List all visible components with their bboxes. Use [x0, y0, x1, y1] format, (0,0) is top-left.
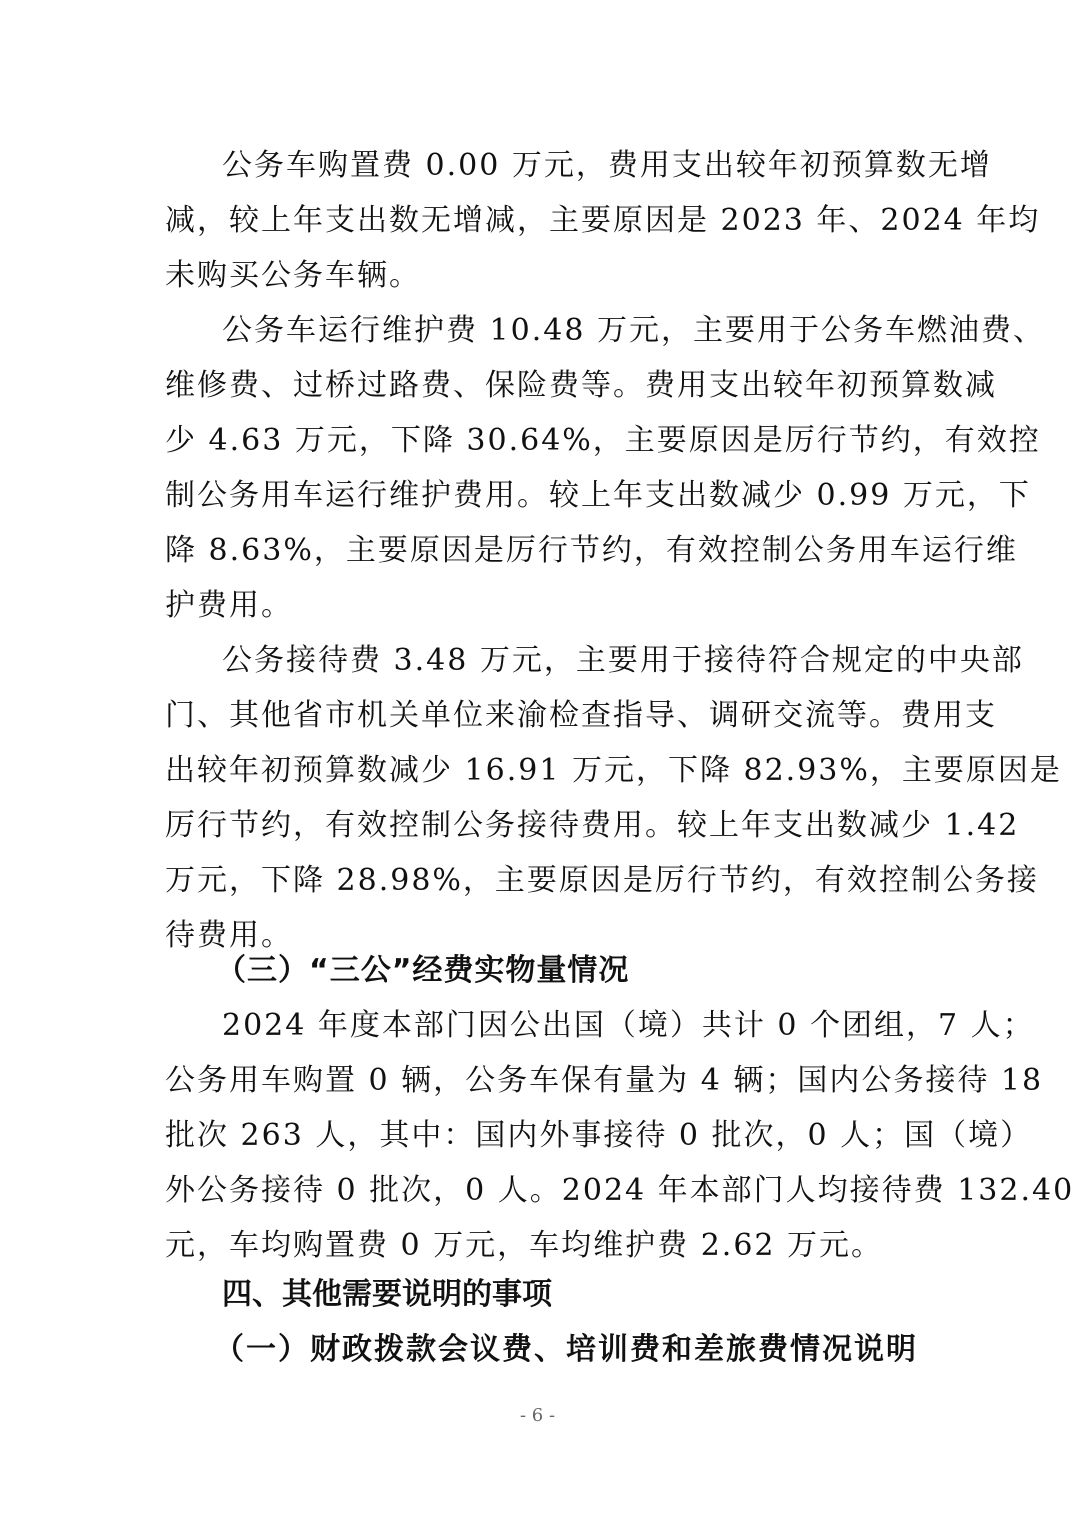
paragraph-line: 待费用。 — [165, 916, 913, 956]
paragraph-line: 维修费、过桥过路费、保险费等。费用支出较年初预算数减 — [165, 366, 913, 406]
paragraph-line: 万元，下降 28.98%，主要原因是厉行节约，有效控制公务接 — [165, 861, 913, 901]
subsection-heading: （三）“三公”经费实物量情况 — [216, 951, 629, 991]
paragraph-line: 减，较上年支出数无增减，主要原因是 2023 年、2024 年均 — [165, 201, 913, 241]
paragraph-line: 门、其他省市机关单位来渝检查指导、调研交流等。费用支 — [165, 696, 913, 736]
paragraph-line: 护费用。 — [165, 586, 913, 626]
paragraph-line: 厉行节约，有效控制公务接待费用。较上年支出数减少 1.42 — [165, 806, 913, 846]
paragraph-line: 2024 年度本部门因公出国（境）共计 0 个团组，7 人； — [222, 1006, 913, 1046]
paragraph-line: 少 4.63 万元，下降 30.64%，主要原因是厉行节约，有效控 — [165, 421, 913, 461]
page-number: - 6 - — [0, 1405, 1075, 1426]
paragraph-line: 公务用车购置 0 辆，公务车保有量为 4 辆；国内公务接待 18 — [165, 1061, 913, 1101]
paragraph-line: 公务接待费 3.48 万元，主要用于接待符合规定的中央部 — [222, 641, 913, 681]
paragraph-line: 公务车运行维护费 10.48 万元，主要用于公务车燃油费、 — [222, 311, 913, 351]
paragraph-line: 公务车购置费 0.00 万元，费用支出较年初预算数无增 — [222, 146, 913, 186]
paragraph-line: 出较年初预算数减少 16.91 万元，下降 82.93%，主要原因是 — [165, 751, 913, 791]
paragraph-line: 批次 263 人，其中：国内外事接待 0 批次，0 人；国（境） — [165, 1116, 913, 1156]
paragraph-line: 制公务用车运行维护费用。较上年支出数减少 0.99 万元，下 — [165, 476, 913, 516]
paragraph-line: 外公务接待 0 批次，0 人。2024 年本部门人均接待费 132.40 — [165, 1171, 913, 1211]
paragraph-line: 降 8.63%，主要原因是厉行节约，有效控制公务用车运行维 — [165, 531, 913, 571]
document-page: 公务车购置费 0.00 万元，费用支出较年初预算数无增 减，较上年支出数无增减，… — [0, 0, 1075, 1520]
paragraph-line: 未购买公务车辆。 — [165, 256, 913, 296]
section-heading: 四、其他需要说明的事项 — [222, 1275, 552, 1315]
paragraph-line: 元，车均购置费 0 万元，车均维护费 2.62 万元。 — [165, 1226, 913, 1266]
subsection-heading: （一）财政拨款会议费、培训费和差旅费情况说明 — [214, 1330, 918, 1370]
